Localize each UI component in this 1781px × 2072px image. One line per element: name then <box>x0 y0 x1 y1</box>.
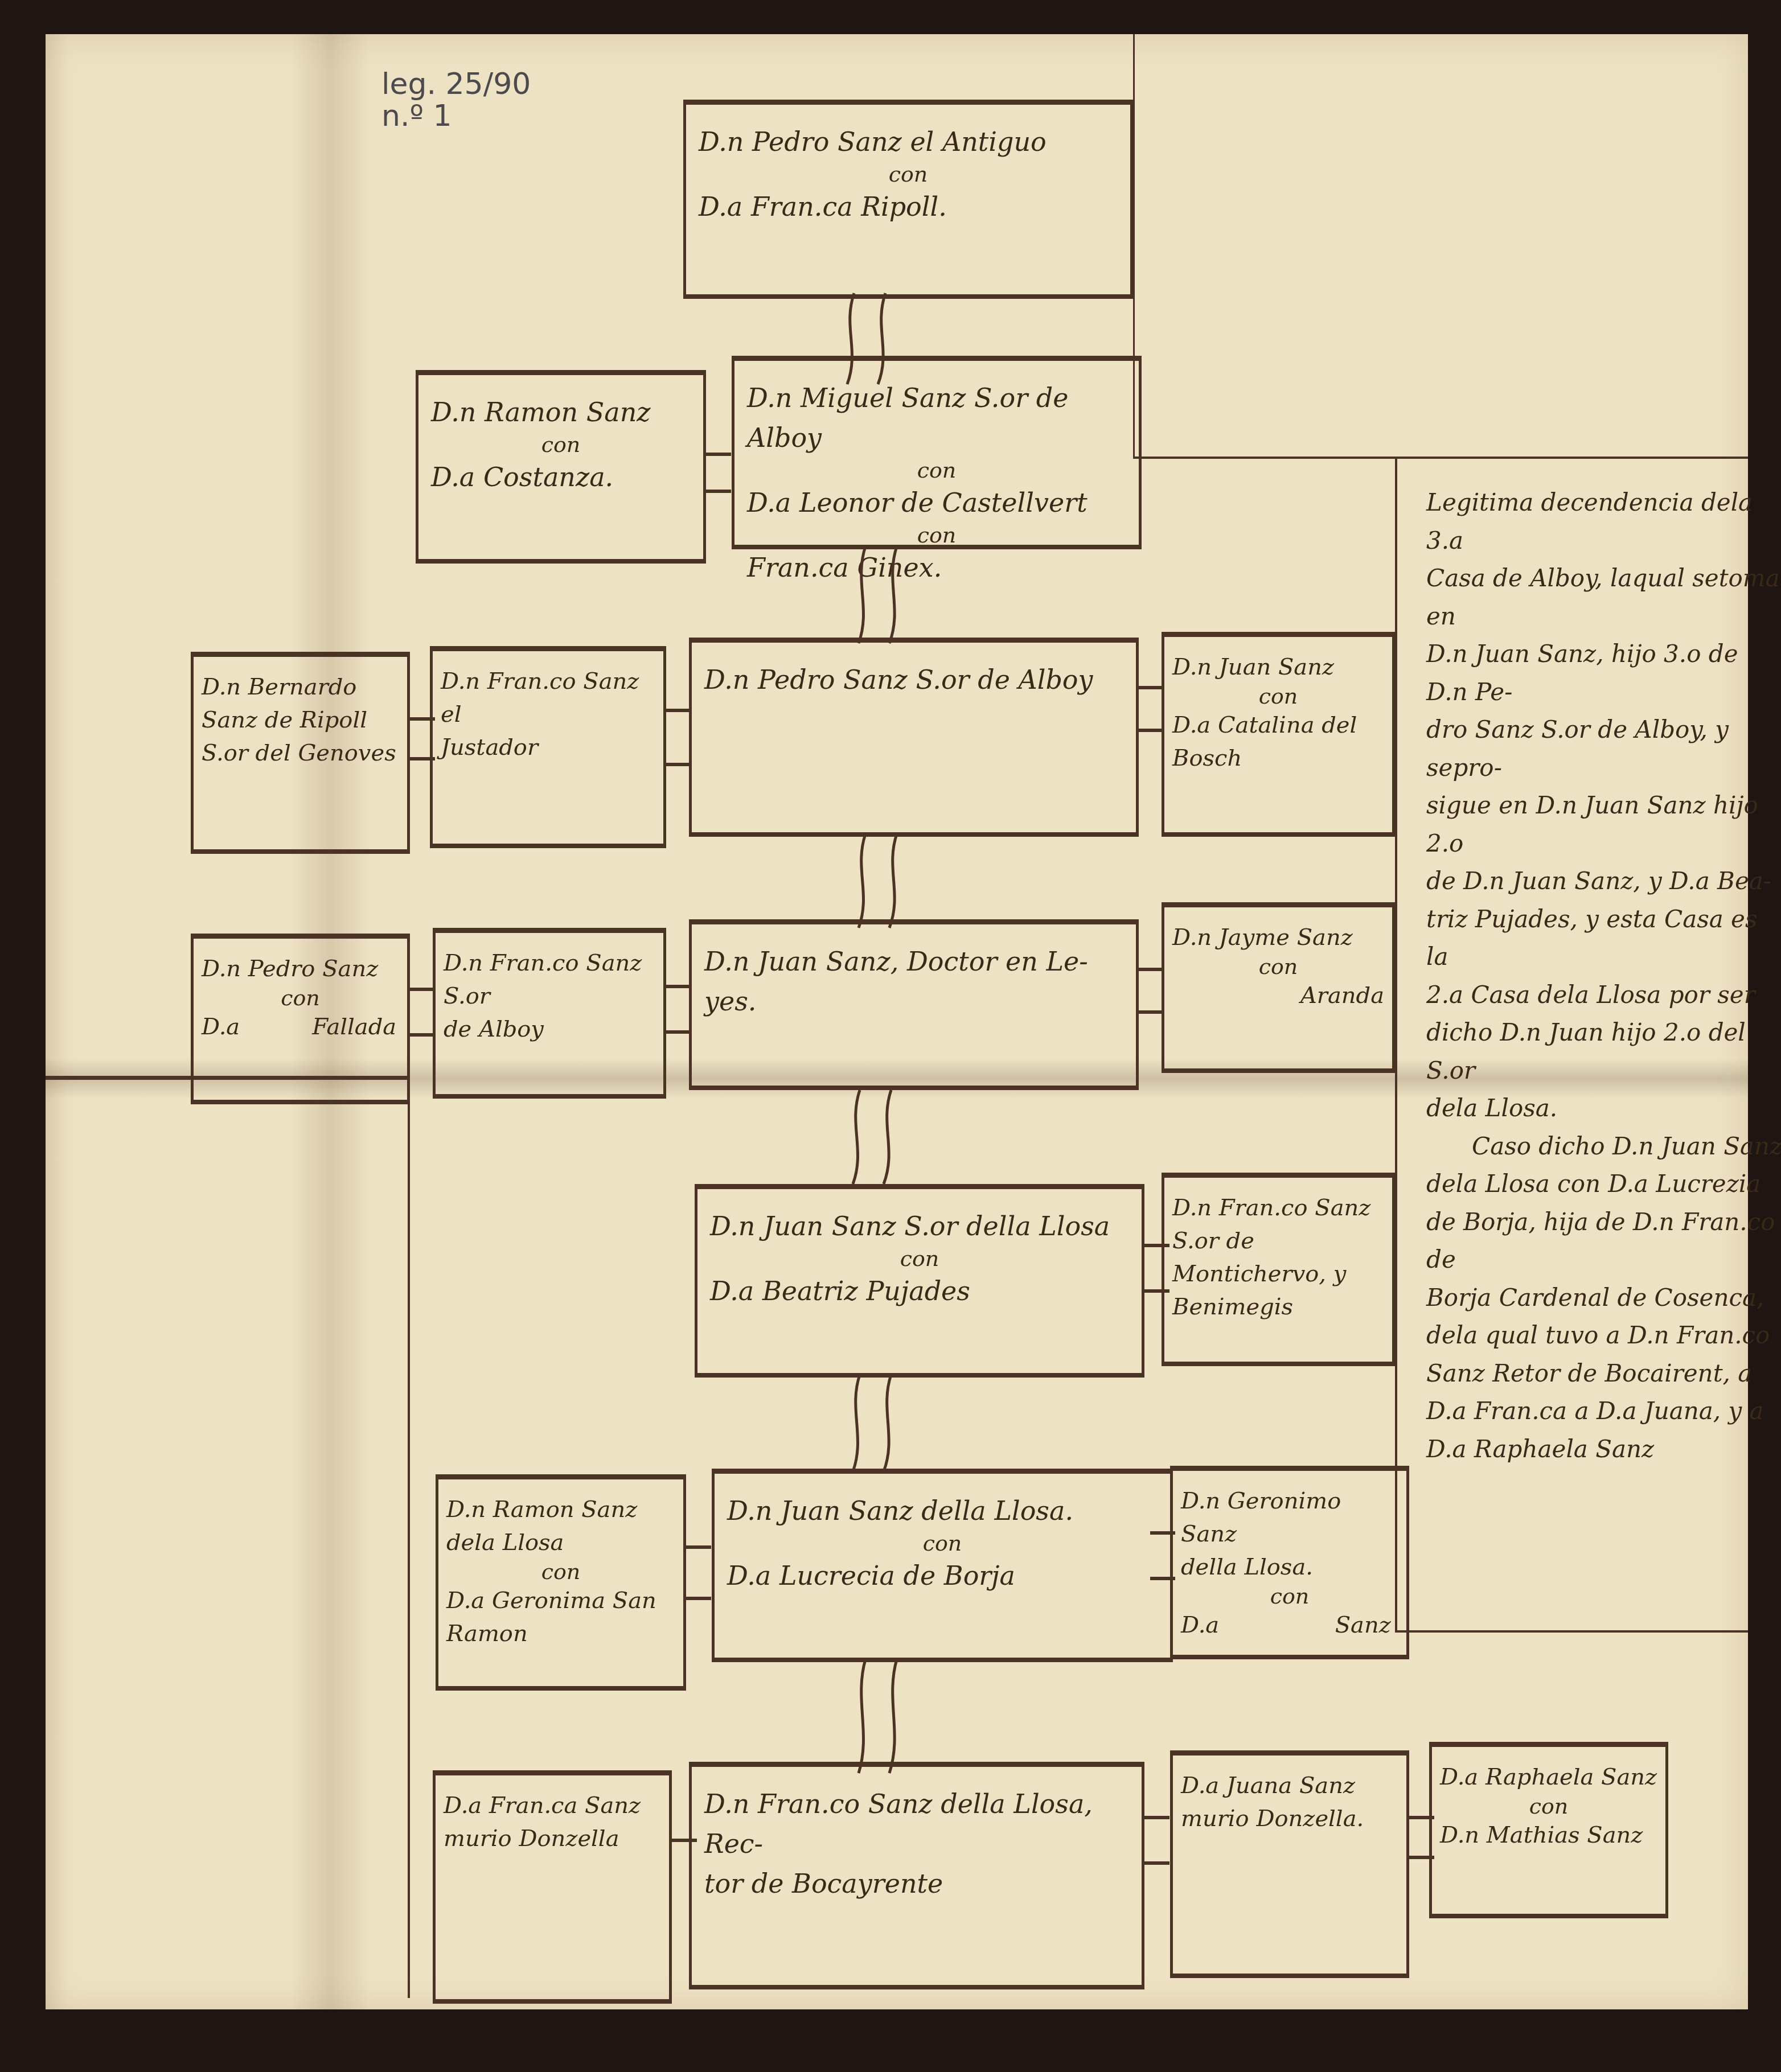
marriage-label: con <box>747 523 1126 548</box>
marriage-label: con <box>1181 1584 1398 1609</box>
spouse-name: D.a Costanza. <box>431 457 691 497</box>
sibling-connector <box>706 453 731 463</box>
person-name: D.n Geronimo Sanz <box>1181 1485 1398 1551</box>
spouse-name: D.a Geronima San <box>446 1584 675 1617</box>
spouse-name: D.a Sanz <box>1181 1609 1398 1642</box>
note-line: Caso dicho D.n Juan Sanz <box>1426 1128 1781 1166</box>
spouse-name: D.a Fallada <box>202 1010 399 1043</box>
frame-line-left-vertical <box>408 1076 410 1998</box>
person-name: D.n Jayme Sanz <box>1172 921 1384 954</box>
person-box-juan-doctor: D.n Juan Sanz, Doctor en Le- yes. <box>689 919 1139 1090</box>
person-box-francisco-alboy: D.n Fran.co Sanz S.or de Alboy <box>433 928 666 1099</box>
person-box-raphaela: D.a Raphaela Sanz con D.n Mathias Sanz <box>1429 1742 1668 1918</box>
sibling-connector <box>666 709 691 719</box>
spouse-name: D.a Fran.ca Ripoll. <box>699 187 1118 227</box>
spouse-name: D.a Catalina del Bosch <box>1172 709 1384 775</box>
person-name: D.n Miguel Sanz S.or de Alboy <box>747 378 1126 458</box>
person-box-francisco-rector: D.n Fran.co Sanz della Llosa, Rec- tor d… <box>689 1762 1144 1989</box>
sibling-connector <box>1139 686 1164 696</box>
person-name: D.n Ramon Sanz <box>446 1493 675 1526</box>
person-box-francisco-justador: D.n Fran.co Sanz el Justador <box>430 646 666 848</box>
marriage-label: con <box>747 458 1126 483</box>
person-box-ramon: D.n Ramon Sanz con D.a Costanza. <box>416 370 706 564</box>
sibling-connector <box>666 985 691 995</box>
person-name: D.n Pedro Sanz el Antiguo <box>699 122 1118 162</box>
spouse-name: D.a Leonor de Castellvert <box>747 483 1126 523</box>
person-name: D.a Raphaela Sanz <box>1440 1761 1657 1794</box>
note-line: D.n Juan Sanz, hijo 3.o de D.n Pe- <box>1426 635 1781 711</box>
marriage-label: con <box>1172 684 1384 709</box>
descent-line-5 <box>848 1375 917 1471</box>
person-name: D.n Juan Sanz della Llosa. <box>727 1491 1158 1531</box>
note-line: D.a Fran.ca a D.a Juana, y a <box>1426 1392 1781 1430</box>
descent-line-4 <box>848 1090 917 1184</box>
person-box-miguel: D.n Miguel Sanz S.or de Alboy con D.a Le… <box>732 356 1142 549</box>
note-line: sigue en D.n Juan Sanz hijo 2.o <box>1426 787 1781 862</box>
marriage-label: con <box>431 432 691 457</box>
note-line: Legitima decendencia dela 3.a <box>1426 484 1781 560</box>
person-name: D.n Bernardo <box>202 671 399 704</box>
catalog-mark: leg. 25/90 n.º 1 <box>381 68 531 132</box>
marriage-label: con <box>699 162 1118 187</box>
person-name-cont: Justador <box>441 731 655 764</box>
marriage-label: con <box>727 1531 1158 1556</box>
person-box-jayme: D.n Jayme Sanz con Aranda <box>1162 902 1395 1073</box>
frame-line-note-top <box>1133 457 1748 459</box>
note-line: Casa de Alboy, laqual setoma en <box>1426 560 1781 635</box>
descent-line-3 <box>854 834 922 928</box>
marriage-label: con <box>202 985 399 1010</box>
note-line: Sanz Retor de Bocairent, a <box>1426 1355 1781 1393</box>
sibling-connector <box>410 1033 435 1043</box>
frame-line-note-left <box>1395 458 1397 1632</box>
lineage-note: Legitima decendencia dela 3.a Casa de Al… <box>1426 484 1781 1468</box>
person-name-cont: tor de Bocayrente <box>704 1864 1129 1904</box>
person-box-bernardo: D.n Bernardo Sanz de Ripoll S.or del Gen… <box>191 652 410 854</box>
note-line: 2.a Casa dela Llosa por ser <box>1426 976 1781 1014</box>
person-name: D.n Pedro Sanz S.or de Alboy <box>704 660 1123 700</box>
person-note: murio Donzella <box>444 1822 661 1855</box>
note-line: de D.n Juan Sanz, y D.a Bea- <box>1426 862 1781 901</box>
note-line: triz Pujades, y esta Casa es la <box>1426 901 1781 976</box>
marriage-label: con <box>446 1559 675 1584</box>
person-name: D.a Fran.ca Sanz <box>444 1789 661 1822</box>
note-line: de Borja, hija de D.n Fran.co de <box>1426 1203 1781 1279</box>
sibling-connector <box>706 490 731 500</box>
sibling-connector <box>686 1545 711 1556</box>
note-line: dela Llosa. <box>1426 1090 1781 1128</box>
person-name: D.n Juan Sanz, Doctor en Le- <box>704 942 1123 981</box>
note-line: dela Llosa con D.a Lucrezia <box>1426 1165 1781 1203</box>
sibling-connector <box>686 1597 711 1607</box>
person-title: della Llosa. <box>1181 1551 1398 1584</box>
person-name: D.n Fran.co Sanz <box>1172 1191 1384 1224</box>
person-name: D.n Juan Sanz <box>1172 651 1384 684</box>
person-name: D.n Fran.co Sanz della Llosa, Rec- <box>704 1784 1129 1864</box>
person-name: D.n Fran.co Sanz S.or <box>444 947 655 1013</box>
person-name: D.n Fran.co Sanz el <box>441 665 655 731</box>
frame-line-note-bottom <box>1395 1630 1748 1633</box>
note-line: Borja Cardenal de Cosenca, <box>1426 1279 1781 1317</box>
sibling-connector <box>410 988 435 998</box>
person-box-geronimo: D.n Geronimo Sanz della Llosa. con D.a S… <box>1170 1466 1409 1659</box>
person-title: de Alboy <box>444 1013 655 1046</box>
marriage-label: con <box>710 1246 1129 1271</box>
sibling-connector <box>1144 1816 1169 1826</box>
marriage-label: con <box>1440 1794 1657 1819</box>
person-name: D.n Ramon Sanz <box>431 392 691 432</box>
catalog-mark-line2: n.º 1 <box>381 100 531 132</box>
person-title: S.or del Genoves <box>202 737 399 770</box>
descent-line-2 <box>854 546 922 643</box>
person-title: S.or de Montichervo, y Benimegis <box>1172 1224 1384 1323</box>
sibling-connector <box>666 763 691 773</box>
sibling-connector <box>666 1030 691 1041</box>
person-box-francisca: D.a Fran.ca Sanz murio Donzella <box>433 1770 672 2004</box>
person-name-cont: yes. <box>704 981 1123 1021</box>
manuscript-page: leg. 25/90 n.º 1 D.n Pedro Sanz el Antig… <box>46 34 1748 2009</box>
note-line: D.a Raphaela Sanz <box>1426 1430 1781 1469</box>
person-box-juan-llosa: D.n Juan Sanz S.or della Llosa con D.a B… <box>695 1184 1144 1378</box>
spouse-name: Fran.ca Ginex. <box>747 548 1126 587</box>
sibling-connector <box>1139 729 1164 739</box>
note-line: dro Sanz S.or de Alboy, y sepro- <box>1426 711 1781 787</box>
spouse-name: Aranda <box>1172 979 1384 1012</box>
catalog-mark-line1: leg. 25/90 <box>381 68 531 100</box>
note-line: dela qual tuvo a D.n Fran.co <box>1426 1317 1781 1355</box>
person-box-pedro-antiguo: D.n Pedro Sanz el Antiguo con D.a Fran.c… <box>683 100 1133 299</box>
descent-line-6 <box>854 1659 922 1773</box>
spouse-name-cont: Ramon <box>446 1617 675 1650</box>
person-note: murio Donzella. <box>1181 1802 1398 1835</box>
person-name-cont: Sanz de Ripoll <box>202 704 399 737</box>
note-line: dicho D.n Juan hijo 2.o del S.or <box>1426 1014 1781 1090</box>
sibling-connector <box>1139 968 1164 978</box>
marriage-label: con <box>1172 954 1384 979</box>
person-box-juana: D.a Juana Sanz murio Donzella. <box>1170 1750 1409 1978</box>
spouse-name: D.a Beatriz Pujades <box>710 1271 1129 1311</box>
person-box-juan-bosch: D.n Juan Sanz con D.a Catalina del Bosch <box>1162 632 1395 837</box>
person-box-francisco-montichervo: D.n Fran.co Sanz S.or de Montichervo, y … <box>1162 1173 1395 1366</box>
spouse-name: D.a Lucrecia de Borja <box>727 1556 1158 1596</box>
person-name: D.a Juana Sanz <box>1181 1769 1398 1802</box>
person-name: D.n Juan Sanz S.or della Llosa <box>710 1206 1129 1246</box>
person-box-juan-llosa-borja: D.n Juan Sanz della Llosa. con D.a Lucre… <box>712 1469 1173 1662</box>
person-box-pedro-fallada: D.n Pedro Sanz con D.a Fallada <box>191 934 410 1104</box>
person-box-pedro-alboy: D.n Pedro Sanz S.or de Alboy <box>689 638 1139 837</box>
person-name: D.n Pedro Sanz <box>202 952 399 985</box>
sibling-connector <box>1139 1010 1164 1021</box>
sibling-connector <box>1144 1861 1169 1872</box>
person-title: dela Llosa <box>446 1526 675 1559</box>
spouse-name: D.n Mathias Sanz <box>1440 1819 1657 1852</box>
person-box-ramon-llosa: D.n Ramon Sanz dela Llosa con D.a Geroni… <box>436 1474 686 1691</box>
